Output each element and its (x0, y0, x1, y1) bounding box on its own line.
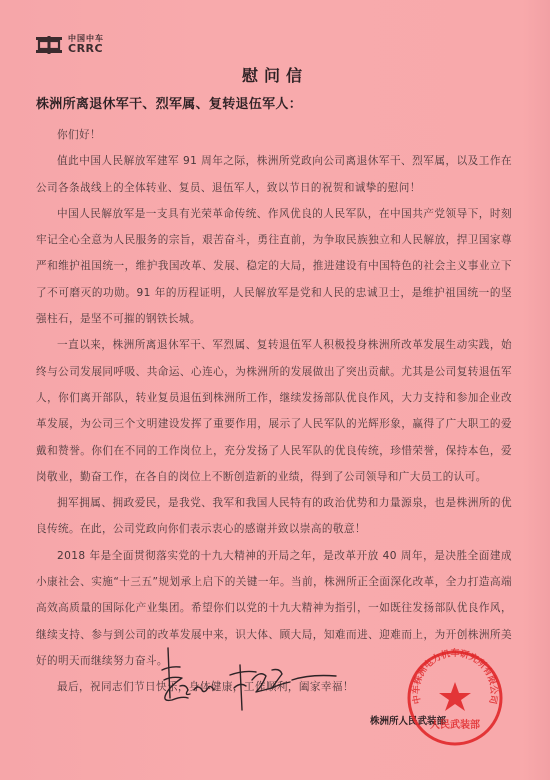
crrc-logo-icon (36, 36, 62, 54)
letter-title: 慰问信 (0, 63, 550, 86)
seal-inner-text: 人民武装部 (430, 718, 480, 731)
official-seal-icon: 中车株洲电力机车研究所有限公司 人民武装部 (405, 648, 505, 748)
letter-salutation: 株洲所离退休军干、烈军属、复转退伍军人： (36, 93, 302, 112)
body-paragraph: 拥军拥属、拥政爱民，是我党、我军和我国人民特有的政治优势和力量源泉，也是株洲所的… (36, 490, 512, 543)
body-paragraph: 一直以来，株洲所离退休军干、军烈属、复转退伍军人积极投身株洲所改革发展生动实践，… (36, 332, 512, 490)
letter-body: 你们好！ 值此中国人民解放军建军 91 周年之际，株洲所党政向公司离退休军干、烈… (36, 122, 512, 701)
handwritten-signature-icon (160, 640, 350, 730)
logo-name-en: CRRC (68, 43, 104, 54)
greeting-paragraph: 你们好！ (36, 122, 512, 148)
letter-page: 中国中车 CRRC 慰问信 株洲所离退休军干、烈军属、复转退伍军人： 你们好！ … (0, 0, 550, 780)
company-logo: 中国中车 CRRC (36, 35, 104, 54)
body-paragraph: 值此中国人民解放军建军 91 周年之际，株洲所党政向公司离退休军干、烈军属，以及… (36, 148, 512, 201)
body-paragraph: 中国人民解放军是一支具有光荣革命传统、作风优良的人民军队，在中国共产党领导下，时… (36, 201, 512, 332)
